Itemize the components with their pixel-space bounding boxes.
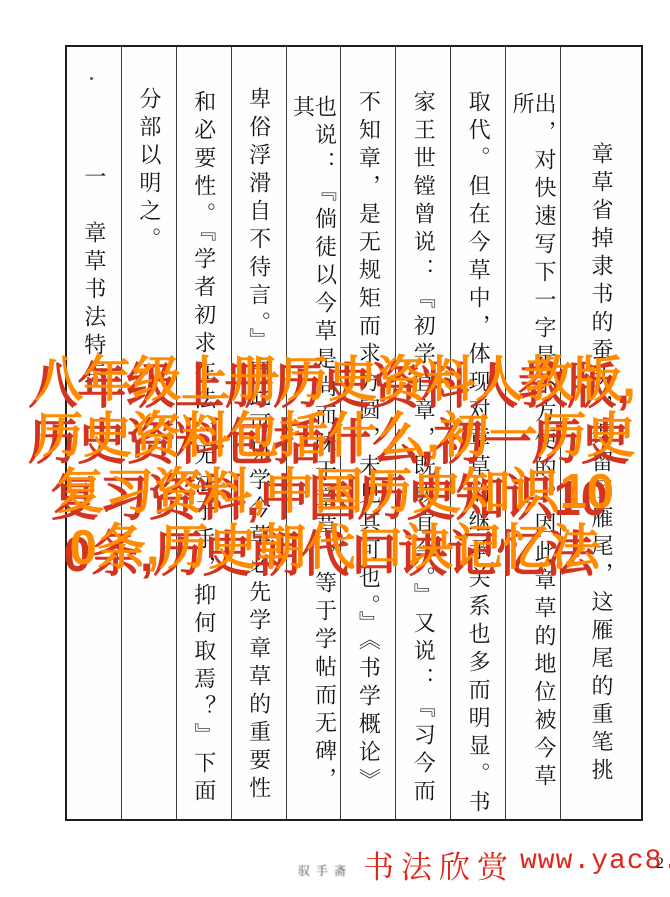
- column-text: 分部以明之。: [138, 47, 160, 819]
- scan-speck: [90, 77, 93, 80]
- text-column: 取代。但在今草中，体现对章草的继承关系也多而明显。书: [451, 47, 506, 819]
- page-number: 2: [656, 855, 664, 873]
- column-text: 和必要性。『学者初求在法，无法于手，抑何取焉？』下面: [193, 47, 215, 819]
- text-column: 一 章草书法特点: [67, 47, 122, 819]
- column-text: 一 章草书法特点: [83, 47, 105, 819]
- text-column: 家王世镗曾说：『初学宜章，既成宜今。』又说：『习今而: [396, 47, 451, 819]
- text-column: 章草省掉隶书的蚕头，保留了雁尾，这雁尾的重笔挑: [561, 47, 641, 819]
- site-name: 书法欣赏: [363, 842, 515, 887]
- text-column: 卑俗浮滑自不待言。』由此可见学今草必先学章草的重要性: [232, 47, 287, 819]
- column-text: 出，对快速写下一字是不方便的。因此章草的地位被今草所: [511, 47, 555, 819]
- text-column: 分部以明之。: [122, 47, 177, 819]
- text-block: 章草省掉隶书的蚕头，保留了雁尾，这雁尾的重笔挑 出，对快速写下一字是不方便的。因…: [65, 45, 643, 821]
- text-column: 也说：『倘徒以今草是尚而昧于章草，等于学帖而无碑，其: [287, 47, 342, 819]
- text-column: 和必要性。『学者初求在法，无法于手，抑何取焉？』下面: [177, 47, 232, 819]
- site-url: www.yac8.com: [520, 846, 670, 877]
- scanned-book-page: 章草省掉隶书的蚕头，保留了雁尾，这雁尾的重笔挑 出，对快速写下一字是不方便的。因…: [0, 0, 670, 897]
- text-column: 不知章，是无规矩而求方圆，未见其可也。』《书学概论》: [341, 47, 396, 819]
- text-column: 出，对快速写下一字是不方便的。因此章草的地位被今草所: [506, 47, 561, 819]
- column-text: 家王世镗曾说：『初学宜章，既成宜今。』又说：『习今而: [412, 47, 434, 819]
- column-text: 卑俗浮滑自不待言。』由此可见学今草必先学章草的重要性: [248, 47, 270, 819]
- footer: 驭手斋 书法欣赏 www.yac8.com: [0, 840, 670, 890]
- column-text: 也说：『倘徒以今草是尚而昧于章草，等于学帖而无碑，其: [291, 47, 335, 819]
- text-columns: 章草省掉隶书的蚕头，保留了雁尾，这雁尾的重笔挑 出，对快速写下一字是不方便的。因…: [67, 47, 641, 819]
- column-text: 取代。但在今草中，体现对章草的继承关系也多而明显。书: [467, 47, 489, 819]
- seal-text: 驭手斋: [298, 862, 352, 879]
- column-text: 不知章，是无规矩而求方圆，未见其可也。』《书学概论》: [357, 47, 379, 819]
- column-text: 章草省掉隶书的蚕头，保留了雁尾，这雁尾的重笔挑: [590, 47, 612, 819]
